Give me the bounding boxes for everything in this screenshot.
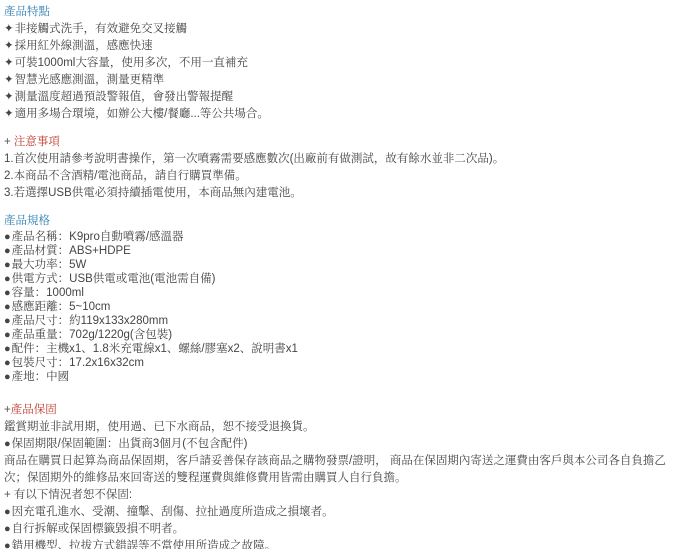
warranty-exclusion-item: ●自行拆解或保固標籤毀損不明者。 (4, 521, 673, 538)
warranty-exclusions-title: + 有以下情況者恕不保固: (4, 487, 673, 504)
spec-label: 包裝尺寸 (12, 357, 58, 369)
circle-bullet-icon: ● (4, 301, 11, 313)
spec-row: ●配件：主機x1、1.8米充電線x1、螺絲/膠塞x2、說明書x1 (4, 342, 673, 356)
circle-bullet-icon: ● (4, 245, 11, 257)
warranty-exclusion-item: ●錯用機型、拉拔方式錯誤等不當使用所造成之故障。 (4, 538, 673, 549)
section-title-specs: 產品規格 (4, 213, 673, 230)
spec-label: 產品材質 (12, 245, 58, 257)
warranty-scope-row: ●保固期限/保固範圍：出貨商3個月(不包含配件) (4, 436, 673, 453)
spec-row: ●最大功率：5W (4, 258, 673, 272)
feature-text: 適用多場合環境，如辦公大樓/餐廳...等公共場合。 (15, 108, 269, 120)
spec-label: 供電方式 (12, 273, 58, 285)
spec-row: ●供電方式：USB供電或電池(電池需自備) (4, 272, 673, 286)
star-bullet-icon: ✦ (4, 23, 14, 35)
circle-bullet-icon: ● (4, 315, 11, 327)
warranty-scope-text: 保固期限/保固範圍：出貨商3個月(不包含配件) (12, 438, 248, 450)
spec-row: ●包裝尺寸：17.2x16x32cm (4, 356, 673, 370)
note-item: 1.首次使用請參考說明書操作，第一次噴霧需要感應數次(出廠前有做測試，故有餘水並… (4, 151, 673, 168)
spec-value: 約119x133x280mm (69, 315, 168, 327)
star-bullet-icon: ✦ (4, 74, 14, 86)
circle-bullet-icon: ● (4, 259, 11, 271)
spec-value: K9pro自動噴霧/感溫器 (69, 231, 183, 243)
spec-value: 1000ml (46, 287, 84, 299)
exclusion-text: 自行拆解或保固標籤毀損不明者。 (12, 523, 185, 535)
circle-bullet-icon: ● (4, 357, 11, 369)
spec-value: 主機x1、1.8米充電線x1、螺絲/膠塞x2、說明書x1 (46, 343, 298, 355)
exclusion-text: 錯用機型、拉拔方式錯誤等不當使用所造成之故障。 (12, 540, 277, 549)
feature-text: 採用紅外線測溫，感應快速 (15, 40, 153, 52)
section-title-warranty: +產品保固 (4, 402, 673, 419)
exclusions-title-text: 有以下情況者恕不保固: (14, 489, 132, 501)
feature-text: 可裝1000ml大容量，使用多次，不用一直補充 (15, 57, 248, 69)
section-specs: 產品規格 ●產品名稱：K9pro自動噴霧/感溫器 ●產品材質：ABS+HDPE … (4, 213, 673, 384)
circle-bullet-icon: ● (4, 523, 11, 535)
spec-row: ●產品名稱：K9pro自動噴霧/感溫器 (4, 230, 673, 244)
spec-separator: ： (58, 301, 70, 313)
feature-text: 非接觸式洗手，有效避免交叉接觸 (15, 23, 188, 35)
spec-label: 產品尺寸 (12, 315, 58, 327)
note-item: 2.本商品不含酒精/電池商品，請自行購買準備。 (4, 168, 673, 185)
section-warranty: +產品保固 鑑賞期並非試用期，使用過、已下水商品，恕不接受退換貨。 ●保固期限/… (4, 402, 673, 549)
spec-label: 感應距離 (12, 301, 58, 313)
circle-bullet-icon: ● (4, 371, 11, 383)
star-bullet-icon: ✦ (4, 91, 14, 103)
spec-label: 產品重量 (12, 329, 58, 341)
spec-value: 702g/1220g(含包裝) (69, 329, 172, 341)
circle-bullet-icon: ● (4, 273, 11, 285)
spec-label: 最大功率 (12, 259, 58, 271)
spec-separator: ： (58, 273, 70, 285)
spec-row: ●產品尺寸：約119x133x280mm (4, 314, 673, 328)
warranty-title-text: 產品保固 (11, 404, 57, 416)
spec-value: USB供電或電池(電池需自備) (69, 273, 215, 285)
feature-item: ✦採用紅外線測溫，感應快速 (4, 38, 673, 55)
circle-bullet-icon: ● (4, 438, 11, 450)
plus-marker: + (4, 404, 11, 416)
spec-separator: ： (58, 357, 70, 369)
spec-value: 5~10cm (69, 301, 110, 313)
spec-separator: ： (35, 371, 47, 383)
feature-item: ✦適用多場合環境，如辦公大樓/餐廳...等公共場合。 (4, 106, 673, 123)
plus-marker: + (4, 489, 11, 501)
plus-marker: + (4, 136, 11, 148)
section-notes: + 注意事項 1.首次使用請參考說明書操作，第一次噴霧需要感應數次(出廠前有做測… (4, 134, 673, 202)
star-bullet-icon: ✦ (4, 40, 14, 52)
spec-row: ●產地：中國 (4, 370, 673, 384)
section-title-features: 產品特點 (4, 4, 673, 21)
section-features: 產品特點 ✦非接觸式洗手，有效避免交叉接觸 ✦採用紅外線測溫，感應快速 ✦可裝1… (4, 4, 673, 123)
spec-label: 容量 (12, 287, 35, 299)
circle-bullet-icon: ● (4, 540, 11, 549)
spec-label: 配件 (12, 343, 35, 355)
warranty-policy: 商品在購買日起算為商品保固期，客戶請妥善保存該商品之購物發票/證明， 商品在保固… (4, 453, 673, 487)
circle-bullet-icon: ● (4, 506, 11, 518)
feature-text: 測量溫度超過預設警報值，會發出警報提醒 (15, 91, 234, 103)
spec-value: ABS+HDPE (69, 245, 131, 257)
feature-item: ✦智慧光感應測溫，測量更精準 (4, 72, 673, 89)
spec-value: 中國 (46, 371, 69, 383)
warranty-exclusion-item: ●因充電孔進水、受潮、撞擊、刮傷、拉扯過度所造成之損壞者。 (4, 504, 673, 521)
feature-text: 智慧光感應測溫，測量更精準 (15, 74, 165, 86)
notes-title-text: 注意事項 (14, 136, 60, 148)
spec-separator: ： (58, 329, 70, 341)
circle-bullet-icon: ● (4, 329, 11, 341)
spec-row: ●產品重量：702g/1220g(含包裝) (4, 328, 673, 342)
warranty-intro: 鑑賞期並非試用期，使用過、已下水商品，恕不接受退換貨。 (4, 419, 673, 436)
spec-row: ●容量：1000ml (4, 286, 673, 300)
circle-bullet-icon: ● (4, 231, 11, 243)
spec-separator: ： (58, 245, 70, 257)
feature-item: ✦測量溫度超過預設警報值，會發出警報提醒 (4, 89, 673, 106)
spec-separator: ： (58, 259, 70, 271)
note-item: 3.若選擇USB供電必須持續插電使用，本商品無內建電池。 (4, 185, 673, 202)
product-description-page: 產品特點 ✦非接觸式洗手，有效避免交叉接觸 ✦採用紅外線測溫，感應快速 ✦可裝1… (0, 0, 677, 549)
spec-separator: ： (35, 343, 47, 355)
spec-value: 5W (69, 259, 86, 271)
spec-value: 17.2x16x32cm (69, 357, 144, 369)
circle-bullet-icon: ● (4, 343, 11, 355)
circle-bullet-icon: ● (4, 287, 11, 299)
exclusion-text: 因充電孔進水、受潮、撞擊、刮傷、拉扯過度所造成之損壞者。 (12, 506, 334, 518)
feature-item: ✦可裝1000ml大容量，使用多次，不用一直補充 (4, 55, 673, 72)
spec-separator: ： (58, 231, 70, 243)
feature-item: ✦非接觸式洗手，有效避免交叉接觸 (4, 21, 673, 38)
star-bullet-icon: ✦ (4, 57, 14, 69)
spec-label: 產地 (12, 371, 35, 383)
spec-row: ●感應距離：5~10cm (4, 300, 673, 314)
spec-separator: ： (58, 315, 70, 327)
section-title-notes: + 注意事項 (4, 134, 673, 151)
spec-separator: ： (35, 287, 47, 299)
spec-label: 產品名稱 (12, 231, 58, 243)
spec-row: ●產品材質：ABS+HDPE (4, 244, 673, 258)
star-bullet-icon: ✦ (4, 108, 14, 120)
